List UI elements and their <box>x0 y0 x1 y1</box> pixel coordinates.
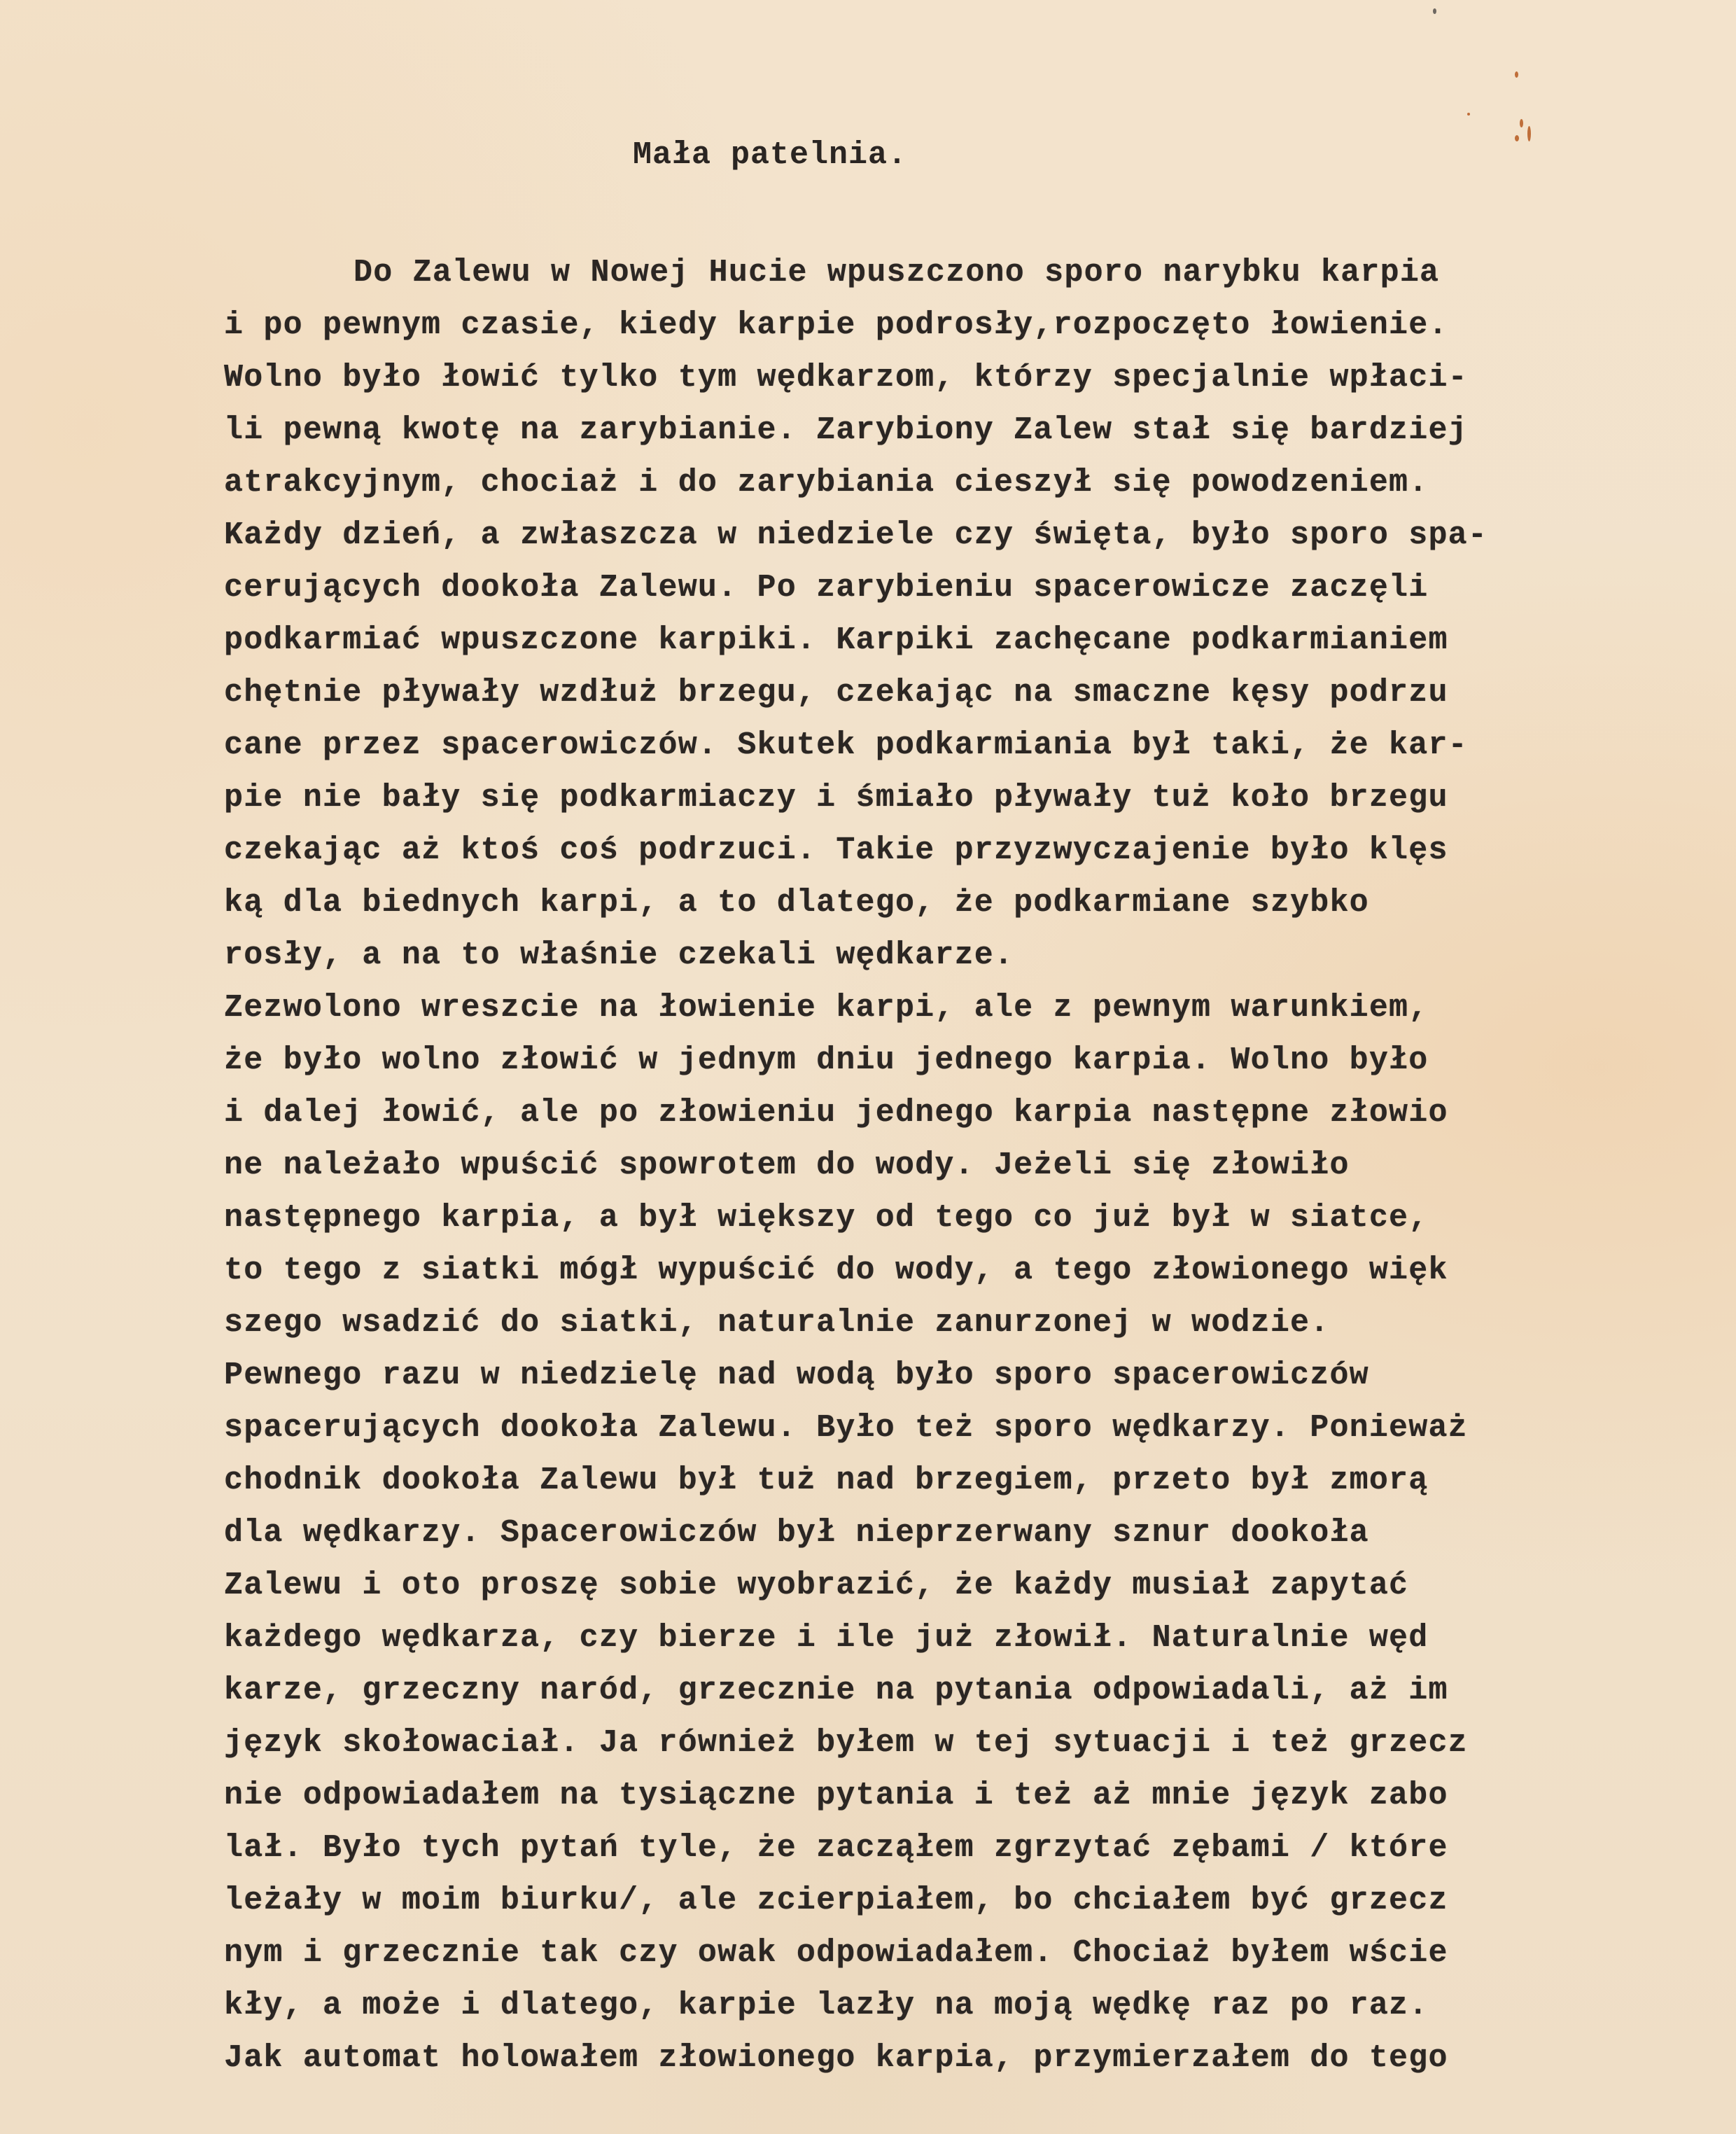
text-line: ką dla biednych karpi, a to dlatego, że … <box>224 877 1624 929</box>
text-line: karze, grzeczny naród, grzecznie na pyta… <box>224 1664 1624 1717</box>
rust-stain <box>1515 71 1518 78</box>
text-line: chętnie pływały wzdłuż brzegu, czekając … <box>224 667 1624 719</box>
text-line: cerujących dookoła Zalewu. Po zarybieniu… <box>224 562 1624 614</box>
rust-stain <box>1467 113 1470 116</box>
text-line: to tego z siatki mógł wypuścić do wody, … <box>224 1244 1624 1297</box>
text-line: chodnik dookoła Zalewu był tuż nad brzeg… <box>224 1454 1624 1507</box>
text-line: Każdy dzień, a zwłaszcza w niedziele czy… <box>224 509 1624 562</box>
document-title: Mała patelnia. <box>633 137 907 173</box>
text-line: cane przez spacerowiczów. Skutek podkarm… <box>224 719 1624 772</box>
text-line: leżały w moim biurku/, ale zcierpiałem, … <box>224 1874 1624 1927</box>
text-line: czekając aż ktoś coś podrzuci. Takie prz… <box>224 824 1624 877</box>
text-line: i dalej łowić, ale po złowieniu jednego … <box>224 1087 1624 1139</box>
text-line: szego wsadzić do siatki, naturalnie zanu… <box>224 1297 1624 1349</box>
text-line: że było wolno złowić w jednym dniu jedne… <box>224 1034 1624 1087</box>
text-line: następnego karpia, a był większy od tego… <box>224 1192 1624 1244</box>
text-line: dla wędkarzy. Spacerowiczów był nieprzer… <box>224 1507 1624 1559</box>
rust-stain <box>1520 119 1523 127</box>
text-line: spacerujących dookoła Zalewu. Było też s… <box>224 1402 1624 1454</box>
text-line: lał. Było tych pytań tyle, że zacząłem z… <box>224 1822 1624 1874</box>
text-line: Do Zalewu w Nowej Hucie wpuszczono sporo… <box>224 246 1624 299</box>
text-line: li pewną kwotę na zarybianie. Zarybiony … <box>224 404 1624 456</box>
ink-speck <box>1433 8 1436 14</box>
text-line: Zalewu i oto proszę sobie wyobrazić, że … <box>224 1559 1624 1612</box>
text-line: Jak automat holowałem złowionego karpia,… <box>224 2032 1624 2084</box>
text-line: Pewnego razu w niedzielę nad wodą było s… <box>224 1349 1624 1402</box>
text-line: język skołowaciał. Ja również byłem w te… <box>224 1717 1624 1769</box>
text-line: Zezwolono wreszcie na łowienie karpi, al… <box>224 982 1624 1034</box>
text-line: pie nie bały się podkarmiaczy i śmiało p… <box>224 772 1624 824</box>
rust-stain <box>1515 135 1519 141</box>
document-body: Do Zalewu w Nowej Hucie wpuszczono sporo… <box>224 246 1624 2084</box>
text-line: rosły, a na to właśnie czekali wędkarze. <box>224 929 1624 982</box>
text-line: ne należało wpuścić spowrotem do wody. J… <box>224 1139 1624 1192</box>
text-line: nie odpowiadałem na tysiączne pytania i … <box>224 1769 1624 1822</box>
text-line: każdego wędkarza, czy bierze i ile już z… <box>224 1612 1624 1664</box>
text-line: kły, a może i dlatego, karpie lazły na m… <box>224 1979 1624 2032</box>
paper-page: Mała patelnia. Do Zalewu w Nowej Hucie w… <box>0 0 1736 2134</box>
text-line: podkarmiać wpuszczone karpiki. Karpiki z… <box>224 614 1624 667</box>
text-line: i po pewnym czasie, kiedy karpie podrosł… <box>224 299 1624 351</box>
text-line: Wolno było łowić tylko tym wędkarzom, kt… <box>224 351 1624 404</box>
text-line: atrakcyjnym, chociaż i do zarybiania cie… <box>224 456 1624 509</box>
rust-stain <box>1527 126 1531 141</box>
text-line: nym i grzecznie tak czy owak odpowiadałe… <box>224 1927 1624 1979</box>
